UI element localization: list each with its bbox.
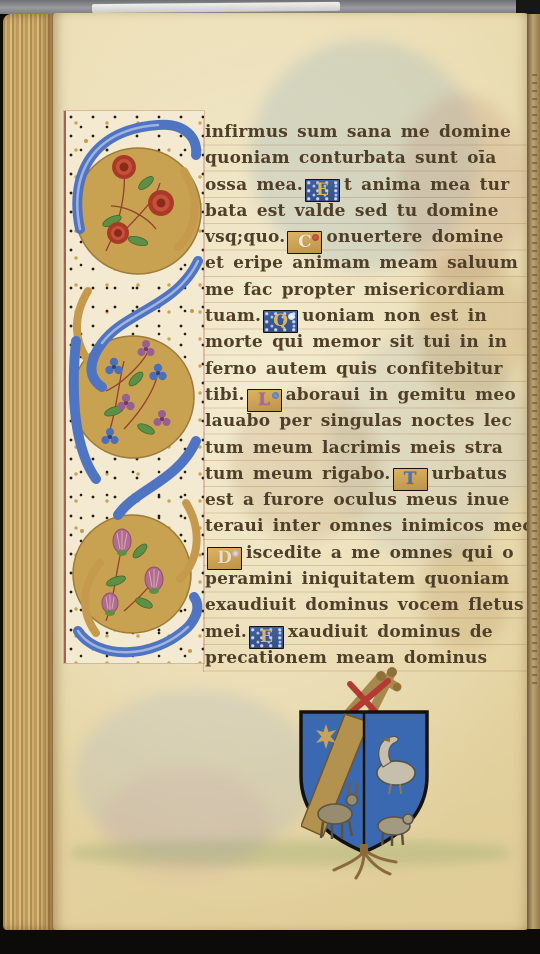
illuminated-initial-L: L [247, 389, 282, 412]
manuscript-photo: infirmus sum sana me dominequoniam contu… [0, 0, 540, 954]
psalm-text-block: infirmus sum sana me dominequoniam contu… [205, 119, 531, 671]
manuscript-text: tibi. [205, 385, 245, 405]
illuminated-initial-D: D [207, 547, 242, 570]
manuscript-text-line: et eripe animam meam saluum [205, 250, 531, 276]
manuscript-text: teraui inter omnes inimicos meos [205, 516, 540, 536]
tree-roots-icon [334, 850, 396, 878]
manuscript-text: iscedite a me omnes qui o [246, 543, 514, 563]
illuminated-initial-Q: Q [263, 310, 298, 333]
manuscript-text: tum meum rigabo. [205, 464, 391, 484]
manuscript-text: exaudiuit dominus vocem fletus [205, 595, 524, 615]
manuscript-text: quoniam conturbata sunt oīa [205, 148, 497, 168]
manuscript-text: lauabo per singulas noctes lec [205, 411, 512, 431]
manuscript-text: infirmus sum sana me domine [205, 122, 511, 142]
floral-border-panel [64, 111, 204, 663]
manuscript-text: vsq;quo. [205, 227, 285, 247]
manuscript-text-line: Discedite a me omnes qui o [205, 540, 531, 566]
rose-medallion [75, 148, 201, 274]
manuscript-text: urbatus [432, 464, 507, 484]
manuscript-text: t anima mea tur [344, 175, 509, 195]
manuscript-text: ossa mea. [205, 175, 303, 195]
manuscript-text: bata est valde sed tu domine [205, 201, 499, 221]
manuscript-text-line: bata est valde sed tu domine [205, 198, 531, 224]
manuscript-text: uoniam non est in [302, 306, 487, 326]
illuminated-initial-T: T [393, 468, 428, 491]
manuscript-text: mei. [205, 622, 247, 642]
acanthus-border-art [66, 111, 204, 663]
manuscript-text-line: peramini iniquitatem quoniam [205, 566, 531, 592]
manuscript-text-line: me fac propter misericordiam [205, 277, 531, 303]
manuscript-text: tuam. [205, 306, 261, 326]
illuminated-initial-C: C [287, 231, 322, 254]
sheep-icon [378, 814, 413, 846]
manuscript-text-line: infirmus sum sana me domine [205, 119, 531, 145]
manuscript-text: onuertere domine [326, 227, 503, 247]
manuscript-text-line: quoniam conturbata sunt oīa [205, 145, 531, 171]
tree-trunk [360, 844, 368, 854]
manuscript-text-line: teraui inter omnes inimicos meos [205, 513, 531, 539]
manuscript-text-line: tum meum rigabo.Turbatus [205, 461, 531, 487]
manuscript-text: est a furore oculus meus inue [205, 490, 510, 510]
manuscript-text: peramini iniquitatem quoniam [205, 569, 509, 589]
manuscript-text-line: exaudiuit dominus vocem fletus [205, 592, 531, 618]
manuscript-text: me fac propter misericordiam [205, 280, 505, 300]
manuscript-text-line: est a furore oculus meus inue [205, 487, 531, 513]
manuscript-text: et eripe animam meam saluum [205, 253, 518, 273]
manuscript-text: morte qui memor sit tui in in [205, 332, 507, 352]
manuscript-text-line: ossa mea.Et anima mea tur [205, 172, 531, 198]
illuminated-initial-E: E [305, 179, 340, 202]
manuscript-text-line: tum meum lacrimis meis stra [205, 435, 531, 461]
facing-page-edge [527, 14, 540, 929]
coat-of-arms [284, 664, 450, 899]
illuminated-initial-E: E [249, 626, 284, 649]
manuscript-text: xaudiuit dominus de [288, 622, 493, 642]
manuscript-text-line: mei.Exaudiuit dominus de [205, 619, 531, 645]
manuscript-text-line: tuam.Quoniam non est in [205, 303, 531, 329]
manuscript-text-line: vsq;quo.Conuertere domine [205, 224, 531, 250]
manuscript-text-line: tibi.Laboraui in gemitu meo [205, 382, 531, 408]
manuscript-text-line: lauabo per singulas noctes lec [205, 408, 531, 434]
manuscript-text-line: morte qui memor sit tui in in [205, 329, 531, 355]
manuscript-text: tum meum lacrimis meis stra [205, 438, 503, 458]
book-fore-edge [3, 14, 55, 930]
manuscript-text-line: ferno autem quis confitebitur [205, 356, 531, 382]
manuscript-text: ferno autem quis confitebitur [205, 359, 503, 379]
manuscript-text: aboraui in gemitu meo [286, 385, 516, 405]
